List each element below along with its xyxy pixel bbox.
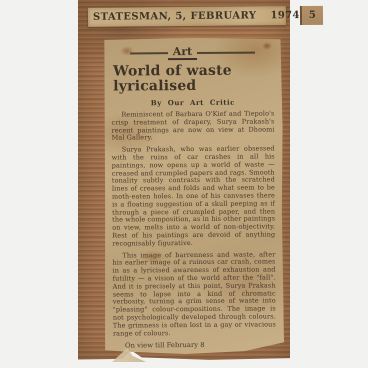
article-closing-note: On view till February 8 — [113, 341, 276, 350]
article-paragraph: Surya Prakash, who was earlier obsessed … — [112, 146, 276, 248]
newspaper-clipping: Art World of waste lyricalised By Our Ar… — [103, 37, 284, 354]
article-paragraph: This image of barrenness and waste, afte… — [112, 251, 276, 338]
section-rule-left — [130, 52, 168, 54]
section-header: Art — [111, 45, 274, 60]
masthead-year: 1974 — [270, 10, 300, 21]
article-byline: By Our Art Critic — [111, 97, 274, 107]
section-rule-right — [197, 52, 255, 54]
article-headline: World of waste lyricalised — [113, 64, 233, 95]
article-paragraph: Reminiscent of Barbara O'Kief and Tiepol… — [111, 110, 274, 142]
photo-of-newspaper-clipping: STATESMAN, 5, FEBRUARY 1974 5 Art World … — [0, 0, 368, 368]
masthead-page-number: 5 — [300, 6, 324, 25]
masthead-strip: STATESMAN, 5, FEBRUARY 1974 5 — [88, 6, 286, 27]
masthead-title: STATESMAN, 5, FEBRUARY — [88, 10, 257, 22]
article-body: Reminiscent of Barbara O'Kief and Tiepol… — [111, 110, 276, 337]
section-label: Art — [168, 46, 198, 60]
